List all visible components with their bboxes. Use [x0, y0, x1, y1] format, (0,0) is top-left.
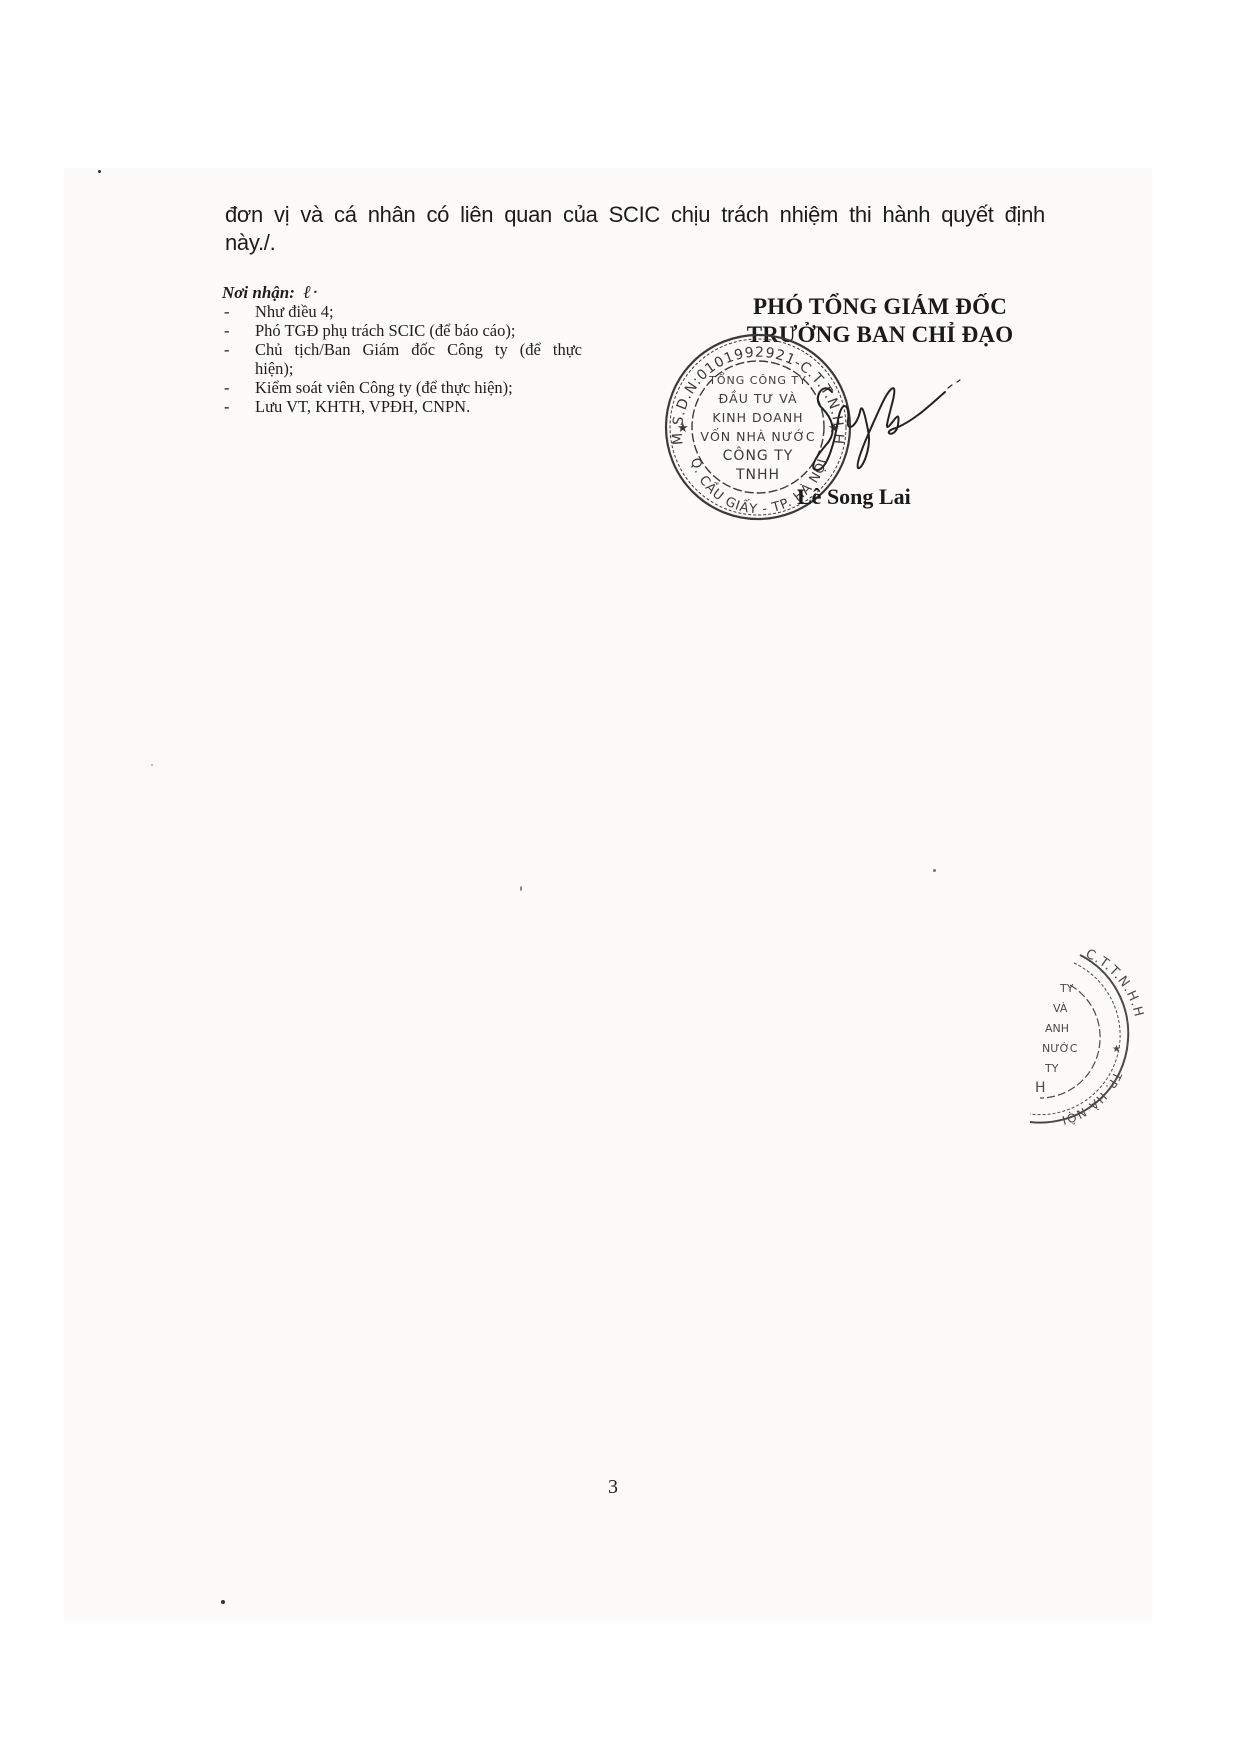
scan-speck [98, 170, 101, 173]
recipient-item: -Phó TGĐ phụ trách SCIC (để báo cáo); [222, 321, 582, 340]
scan-speck [520, 886, 522, 891]
signatory-title-line2: TRƯỞNG BAN CHỈ ĐẠO [735, 321, 1025, 349]
handwritten-initial: ℓ· [303, 282, 320, 303]
closing-paragraph: đơn vị và cá nhân có liên quan của SCIC … [225, 201, 1045, 257]
paragraph-line: này./. [225, 229, 1045, 257]
recipients-heading: Nơi nhận: [222, 283, 295, 302]
recipient-item: -Chủ tịch/Ban Giám đốc Công ty (để thực … [222, 340, 582, 378]
scan-speck [933, 869, 936, 872]
scan-speck [221, 1600, 225, 1604]
signatory-title-line1: PHÓ TỔNG GIÁM ĐỐC [735, 293, 1025, 321]
signer-name: Lê Song Lai [797, 484, 911, 510]
paragraph-line: đơn vị và cá nhân có liên quan của SCIC … [225, 201, 1045, 229]
recipients-list: -Như điều 4; -Phó TGĐ phụ trách SCIC (để… [222, 302, 582, 416]
recipient-item: -Như điều 4; [222, 302, 582, 321]
recipient-item: -Kiểm soát viên Công ty (để thực hiện); [222, 378, 582, 397]
recipients-heading-row: Nơi nhận: ℓ· [222, 283, 582, 302]
recipients-block: Nơi nhận: ℓ· -Như điều 4; -Phó TGĐ phụ t… [222, 283, 582, 416]
page-number: 3 [608, 1476, 618, 1499]
recipient-item: -Lưu VT, KHTH, VPĐH, CNPN. [222, 397, 582, 416]
signatory-title: PHÓ TỔNG GIÁM ĐỐC TRƯỞNG BAN CHỈ ĐẠO [735, 293, 1025, 349]
scan-speck [151, 764, 153, 766]
